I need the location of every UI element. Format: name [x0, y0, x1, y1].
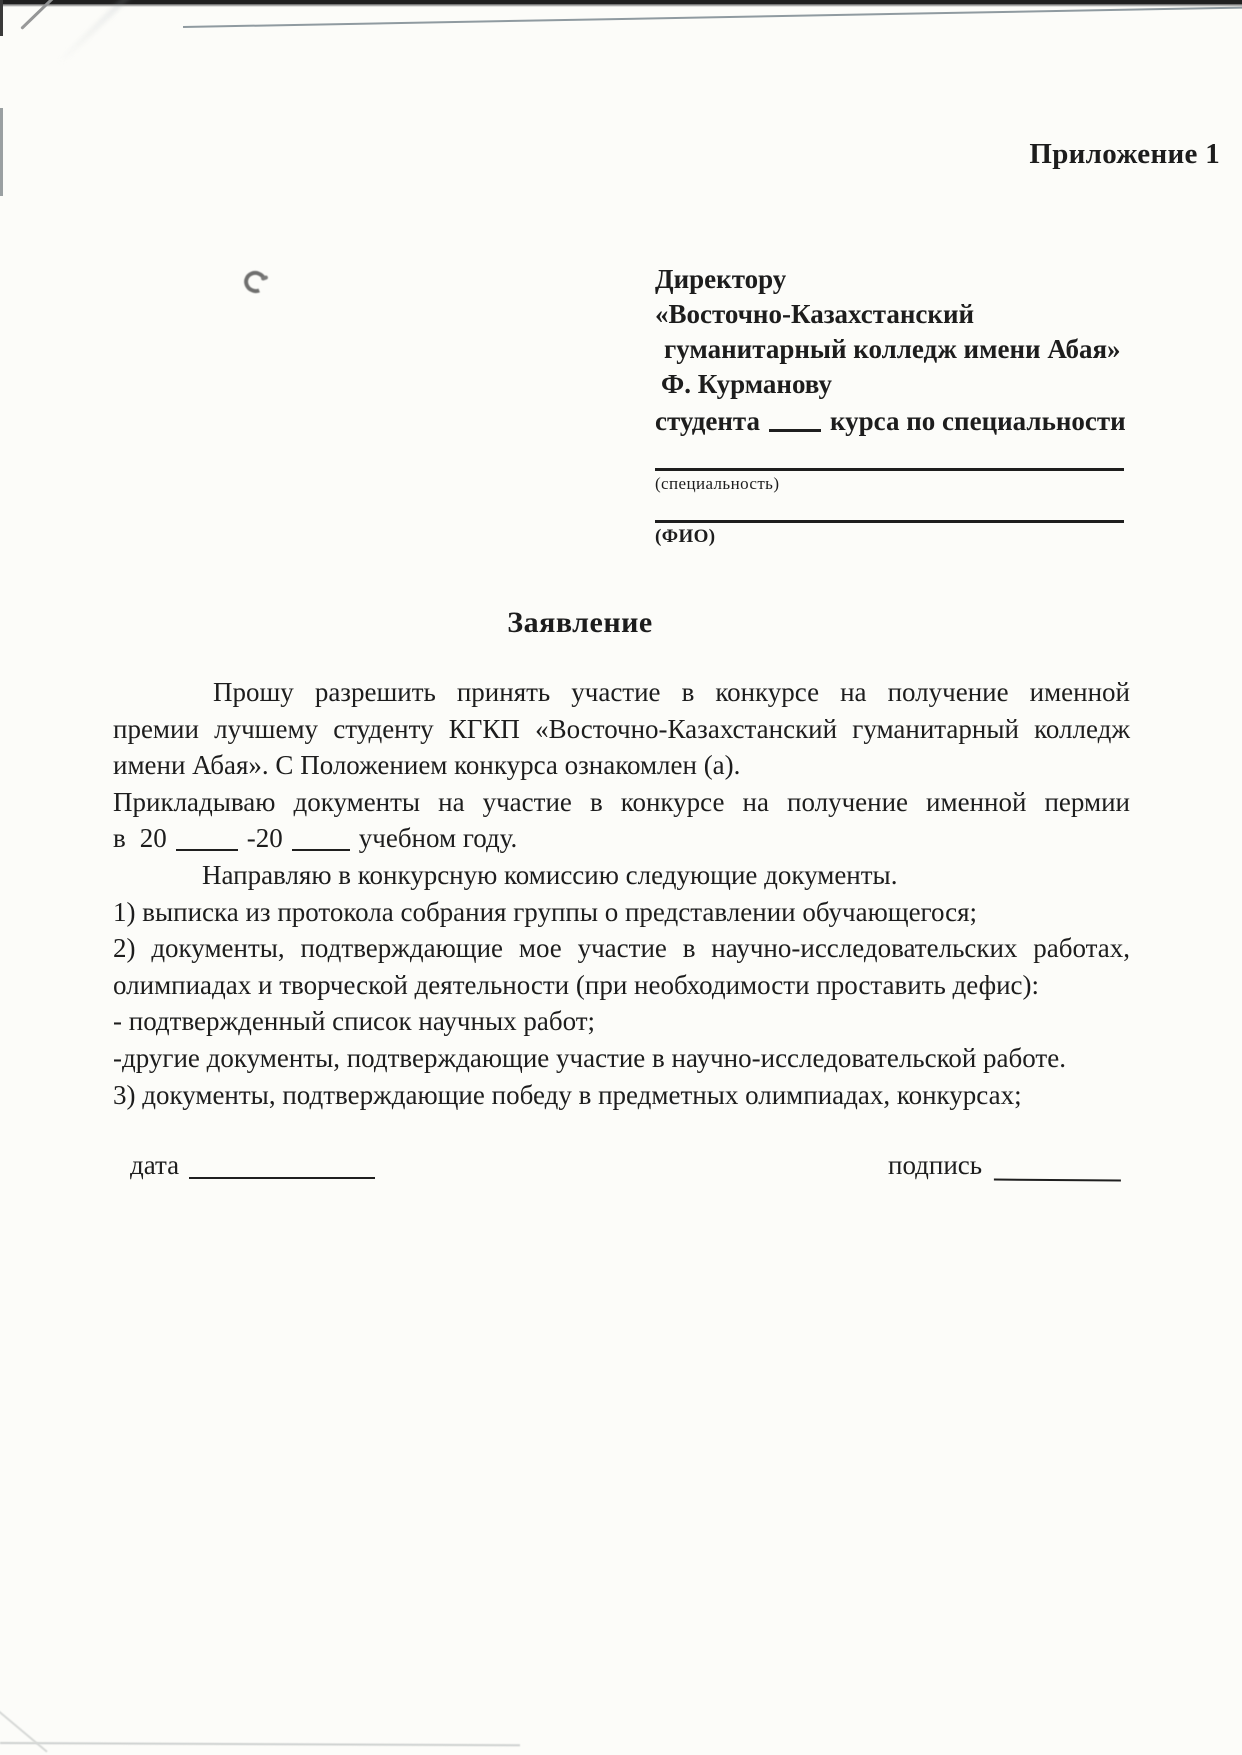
signature-blank-line — [994, 1152, 1121, 1182]
document-title: Заявление — [0, 606, 1160, 640]
top-scan-line — [183, 7, 1242, 28]
year-blank-1 — [176, 822, 238, 851]
addressee-line: «Восточно-Казахстанский — [655, 297, 1195, 332]
fio-caption: (ФИО) — [655, 526, 1124, 548]
date-blank-line — [189, 1150, 375, 1179]
specialty-blank-line — [655, 468, 1124, 471]
footer-row: дата подпись — [113, 1150, 1130, 1200]
body-line-academic-year: в20-20учебном году. — [113, 820, 1130, 857]
date-label: дата — [130, 1150, 179, 1180]
body-line: - подтвержденный список научных работ; — [113, 1003, 1130, 1040]
body-line: премии лучшему студенту КГКП «Восточно-К… — [113, 711, 1130, 748]
year-blank-2 — [292, 822, 350, 851]
addressee-block: Директору «Восточно-Казахстанский гумани… — [655, 262, 1195, 439]
student-course-line: студентакурса по специальности — [655, 402, 1195, 439]
scanned-document-page: Приложение 1 Директору «Восточно-Казахст… — [0, 0, 1242, 1755]
fio-field: (ФИО) — [655, 520, 1124, 548]
bottom-corner-artifact — [0, 1706, 48, 1753]
ink-smudge — [243, 267, 269, 293]
body-line: -другие документы, подтверждающие участи… — [113, 1040, 1130, 1077]
year-word: 20 — [140, 823, 167, 853]
fio-blank-line — [655, 520, 1124, 523]
body-line: 1) выписка из протокола собрания группы … — [113, 894, 1130, 931]
year-word: -20 — [247, 823, 283, 853]
left-edge-artifact — [0, 108, 3, 196]
page-corner-fold-shadow — [56, 0, 182, 66]
date-group: дата — [130, 1150, 375, 1181]
year-word: учебном году. — [359, 823, 517, 853]
body-line: Направляю в конкурсную комиссию следующи… — [113, 857, 1130, 894]
top-edge-shadow — [0, 4, 1242, 7]
specialty-field: (специальность) — [655, 468, 1124, 494]
addressee-line: гуманитарный колледж имени Абая» — [655, 332, 1195, 367]
appendix-label: Приложение 1 — [1029, 138, 1220, 171]
student-prefix: студента — [655, 406, 760, 436]
left-top-edge-artifact — [0, 0, 3, 36]
signature-group: подпись — [888, 1150, 1121, 1181]
body-line: Прикладываю документы на участие в конку… — [113, 784, 1130, 821]
signature-label: подпись — [888, 1150, 982, 1180]
addressee-line: Директору — [655, 262, 1195, 297]
course-blank-line — [769, 402, 821, 432]
body-line: Прошу разрешить принять участие в конкур… — [113, 674, 1130, 711]
body-line: 2) документы, подтверждающие мое участие… — [113, 930, 1130, 967]
bottom-scan-line — [0, 1742, 520, 1746]
student-suffix: курса по специальности — [830, 406, 1126, 436]
specialty-caption: (специальность) — [655, 474, 1124, 494]
body-line: имени Абая». С Положением конкурса ознак… — [113, 747, 1130, 784]
body-line: олимпиадах и творческой деятельности (пр… — [113, 967, 1130, 1004]
body-line: 3) документы, подтверждающие победу в пр… — [113, 1077, 1130, 1114]
body-text: Прошу разрешить принять участие в конкур… — [113, 674, 1130, 1113]
addressee-line: Ф. Курманову — [655, 367, 1195, 402]
year-word: в — [113, 823, 126, 853]
